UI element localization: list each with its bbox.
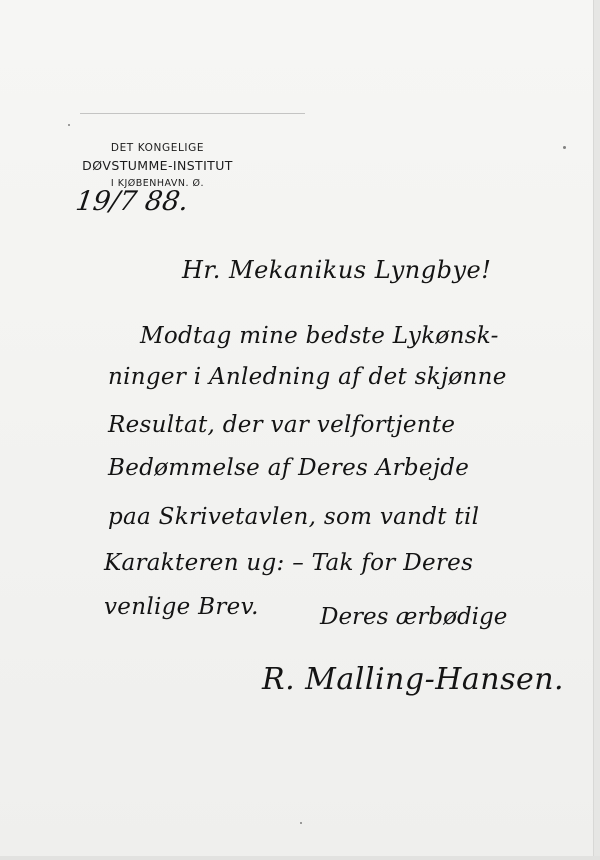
letterhead-institute-name: DØVSTUMME-INSTITUT <box>70 156 245 176</box>
paper-speck <box>563 146 566 149</box>
body-line: Bedømmelse af Deres Arbejde <box>108 455 469 481</box>
body-line: ninger i Anledning af det skjønne <box>108 364 507 390</box>
letter-page: DET KONGELIGE DØVSTUMME-INSTITUT I KJØBE… <box>0 0 594 856</box>
salutation: Hr. Mekanikus Lyngbye! <box>182 256 491 284</box>
scan-edge-bottom <box>0 856 600 860</box>
closing: Deres ærbødige <box>320 604 507 630</box>
scan-edge-right <box>593 0 600 860</box>
body-line: Resultat, der var velfortjente <box>108 412 455 438</box>
body-line: paa Skrivetavlen, som vandt til <box>108 504 479 530</box>
signature: R. Malling-Hansen. <box>262 662 564 697</box>
letterhead-line-1: DET KONGELIGE <box>70 140 245 156</box>
paper-speck <box>300 822 302 824</box>
letter-date: 19/7 88. <box>74 186 191 217</box>
body-line: Modtag mine bedste Lykønsk- <box>140 323 499 349</box>
body-line: venlige Brev. <box>104 594 259 620</box>
body-line: Karakteren ug: – Tak for Deres <box>104 550 473 576</box>
paper-speck <box>68 124 70 126</box>
top-rule-line <box>80 113 305 114</box>
letterhead: DET KONGELIGE DØVSTUMME-INSTITUT I KJØBE… <box>70 140 245 192</box>
